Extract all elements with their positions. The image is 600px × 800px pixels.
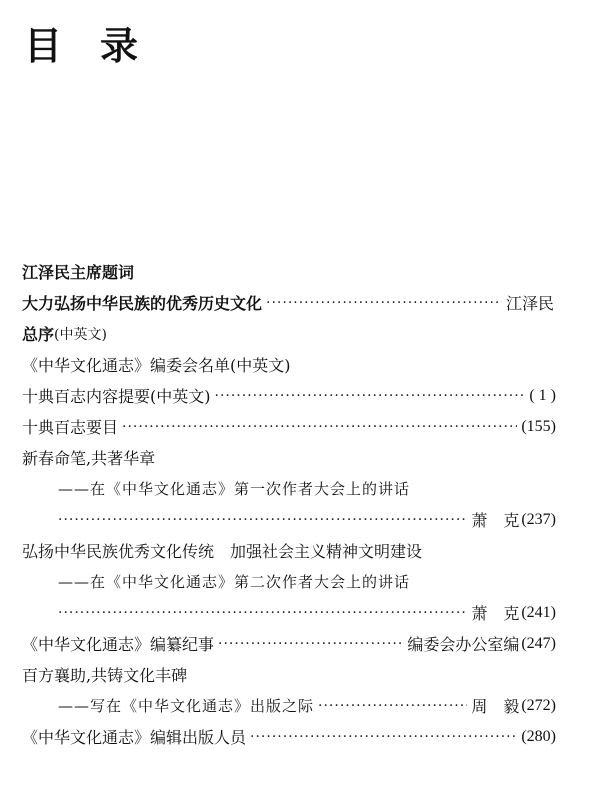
entry-page: (247) xyxy=(521,635,556,653)
leader-dots xyxy=(215,388,526,404)
entry-author: 萧 克 xyxy=(471,601,519,624)
entry-title: 《中华文化通志》编委会名单(中英文) xyxy=(22,353,291,376)
toc-entry-second-conference-speech[interactable]: ——在《中华文化通志》第二次作者大会上的讲话 xyxy=(22,566,556,597)
entry-page: (280) xyxy=(521,728,556,746)
entry-title: 十典百志内容提要(中英文) xyxy=(22,384,211,407)
table-of-contents: 江泽民主席题词 大力弘扬中华民族的优秀历史文化 江泽民 总序 (中英文) 《中华… xyxy=(22,256,556,752)
toc-entry-inscription[interactable]: 江泽民主席题词 xyxy=(22,256,556,287)
toc-entry-first-speech-author[interactable]: 萧 克 (237) xyxy=(22,504,556,535)
entry-title: 《中华文化通志》编纂纪事 xyxy=(22,632,214,655)
entry-page: (241) xyxy=(521,604,556,622)
entry-subtitle: ——在《中华文化通志》第一次作者大会上的讲话 xyxy=(58,478,410,499)
toc-entry-support-monument[interactable]: 百方襄助,共铸文化丰碑 xyxy=(22,659,556,690)
toc-entry-contents-outline[interactable]: 十典百志要目 (155) xyxy=(22,411,556,442)
entry-suffix: (中英文) xyxy=(54,324,107,344)
leader-dots xyxy=(122,419,517,435)
entry-page: ( 1 ) xyxy=(529,387,556,405)
entry-page: (155) xyxy=(521,418,556,436)
entry-title: 十典百志要目 xyxy=(22,415,118,438)
entry-author: 江泽民 xyxy=(506,291,554,314)
entry-title: 江泽民主席题词 xyxy=(22,260,134,283)
entry-author: 编委会办公室编 xyxy=(407,632,519,655)
leader-dots xyxy=(318,698,467,714)
entry-page: (237) xyxy=(521,511,556,529)
entry-subtitle: ——写在《中华文化通志》出版之际 xyxy=(58,695,314,716)
toc-entry-committee-list[interactable]: 《中华文化通志》编委会名单(中英文) xyxy=(22,349,556,380)
entry-author: 萧 克 xyxy=(471,508,519,531)
toc-entry-carry-forward-tradition[interactable]: 弘扬中华民族优秀文化传统 加强社会主义精神文明建设 xyxy=(22,535,556,566)
entry-title: 《中华文化通志》编辑出版人员 xyxy=(22,725,246,748)
entry-subtitle: ——在《中华文化通志》第二次作者大会上的讲话 xyxy=(58,571,410,592)
entry-title: 大力弘扬中华民族的优秀历史文化 xyxy=(22,291,262,314)
entry-page: (272) xyxy=(521,697,556,715)
toc-entry-second-speech-author[interactable]: 萧 克 (241) xyxy=(22,597,556,628)
leader-dots xyxy=(250,729,517,745)
toc-entry-spring-writing[interactable]: 新春命笔,共著华章 xyxy=(22,442,556,473)
page-title: 目录 xyxy=(24,22,176,70)
entry-title: 百方襄助,共铸文化丰碑 xyxy=(22,663,187,686)
toc-entry-first-conference-speech[interactable]: ——在《中华文化通志》第一次作者大会上的讲话 xyxy=(22,473,556,504)
toc-entry-publication-note[interactable]: ——写在《中华文化通志》出版之际 周 毅 (272) xyxy=(22,690,556,721)
entry-title: 总序 xyxy=(22,322,54,345)
leader-dots xyxy=(266,295,502,311)
toc-entry-general-preface[interactable]: 总序 (中英文) xyxy=(22,318,556,349)
entry-title: 新春命笔,共著华章 xyxy=(22,446,155,469)
title-char-2: 录 xyxy=(100,24,176,68)
toc-entry-summary[interactable]: 十典百志内容提要(中英文) ( 1 ) xyxy=(22,380,556,411)
leader-dots xyxy=(218,636,403,652)
leader-dots xyxy=(58,605,467,621)
entry-title: 弘扬中华民族优秀文化传统 加强社会主义精神文明建设 xyxy=(22,539,422,562)
title-char-1: 目 xyxy=(24,24,100,68)
leader-dots xyxy=(58,512,467,528)
entry-author: 周 毅 xyxy=(471,694,519,717)
toc-entry-editorial-staff[interactable]: 《中华文化通志》编辑出版人员 (280) xyxy=(22,721,556,752)
toc-entry-compilation-record[interactable]: 《中华文化通志》编纂纪事 编委会办公室编 (247) xyxy=(22,628,556,659)
toc-entry-promote-culture[interactable]: 大力弘扬中华民族的优秀历史文化 江泽民 xyxy=(22,287,556,318)
